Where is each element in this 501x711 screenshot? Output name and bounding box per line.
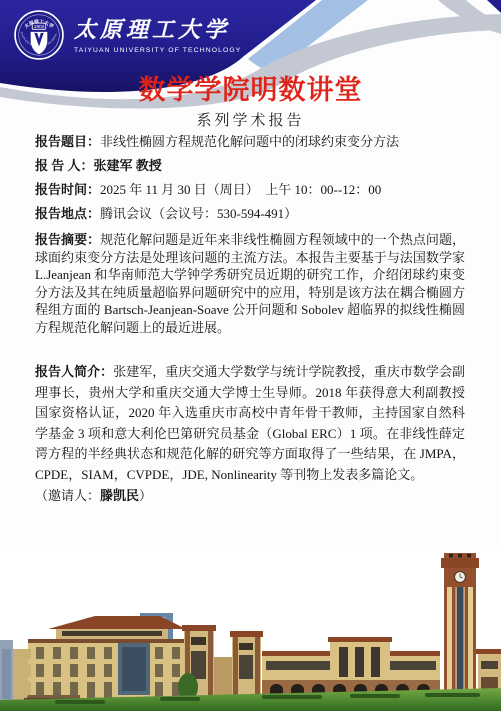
inviter-line: （邀请人：滕凯民）	[35, 487, 465, 504]
university-logo: 太原理工大学 TAIYUAN UNIVERSITY OF TECHNOLOGY …	[13, 9, 241, 61]
inviter-close: ）	[139, 488, 152, 503]
series-subtitle: 系列学术报告	[0, 109, 501, 130]
report-speaker-value: 张建军 教授	[94, 158, 162, 173]
report-topic-value: 非线性椭圆方程规范化解问题中的闭球约束变分方法	[100, 134, 399, 149]
campus-photo	[0, 545, 501, 711]
abstract-paragraph: 报告摘要：规范化解问题是近年来非线性椭圆方程领域中的一个热点问题，球面约束变分方…	[35, 231, 465, 336]
report-topic-row: 报告题目：非线性椭圆方程规范化解问题中的闭球约束变分方法	[35, 134, 465, 150]
report-location-row: 报告地点：腾讯会议（会议号：530-594-491）	[35, 206, 465, 222]
seal-year: 1902	[34, 24, 45, 30]
clock-tower-icon	[441, 553, 479, 704]
report-location-label: 报告地点：	[35, 206, 100, 221]
bio-label: 报告人简介：	[35, 364, 113, 379]
abstract-text: 规范化解问题是近年来非线性椭圆方程领域中的一个热点问题，球面约束变分方法是处理该…	[35, 232, 465, 335]
report-time-row: 报告时间：2025 年 11 月 30 日（周日） 上午 10：00--12：0…	[35, 182, 465, 198]
university-name-en: TAIYUAN UNIVERSITY OF TECHNOLOGY	[74, 47, 241, 54]
university-name-zh: 太原理工大学	[74, 13, 241, 44]
report-time-label: 报告时间：	[35, 182, 100, 197]
report-details: 报告题目：非线性椭圆方程规范化解问题中的闭球约束变分方法 报 告 人：张建军 教…	[0, 130, 501, 545]
inviter-name: 滕凯民	[100, 488, 139, 503]
university-seal-icon: 太原理工大学 TAIYUAN UNIVERSITY OF TECHNOLOGY …	[13, 9, 65, 61]
inviter-open: （邀请人：	[35, 488, 100, 503]
report-speaker-row: 报 告 人：张建军 教授	[35, 158, 465, 174]
lecture-series-title: 数学学院明数讲堂	[0, 75, 501, 105]
bio-paragraph: 报告人简介：张建军，重庆交通大学数学与统计学院教授，重庆市数学会副理事长，贵州大…	[35, 362, 465, 485]
seminar-poster: 太原理工大学 TAIYUAN UNIVERSITY OF TECHNOLOGY …	[0, 0, 501, 711]
header-banner: 太原理工大学 TAIYUAN UNIVERSITY OF TECHNOLOGY …	[0, 0, 501, 130]
report-topic-label: 报告题目：	[35, 134, 100, 149]
abstract-label: 报告摘要：	[35, 232, 100, 247]
bio-text: 张建军，重庆交通大学数学与统计学院教授，重庆市数学会副理事长，贵州大学和重庆交通…	[35, 364, 465, 482]
report-location-value: 腾讯会议（会议号：530-594-491）	[100, 206, 297, 221]
report-time-value: 2025 年 11 月 30 日（周日） 上午 10：00--12：00	[100, 182, 381, 197]
report-speaker-label: 报 告 人：	[35, 158, 94, 173]
